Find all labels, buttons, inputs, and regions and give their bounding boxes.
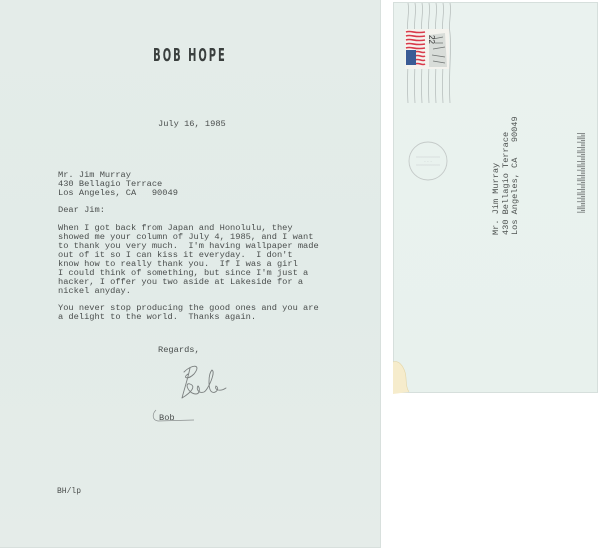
envelope-address-line-2: 430 Bellagio Terrace <box>501 132 511 235</box>
typed-name: Bob <box>159 414 175 423</box>
envelope-tear <box>393 358 413 394</box>
envelope: 22 · · · Mr. Jim Murray 430 Bellagio Ter… <box>393 2 598 393</box>
salutation: Dear Jim: <box>58 206 105 215</box>
body-paragraph-1: When I got back from Japan and Honolulu,… <box>58 224 319 296</box>
stamp-denomination: 22 <box>427 35 436 44</box>
name-flourish <box>150 408 200 424</box>
postal-barcode <box>577 133 587 215</box>
svg-text:· · ·: · · · <box>424 159 432 165</box>
letterhead: BOB HOPE <box>0 45 380 66</box>
envelope-address-line-3: Los Angeles, CA 90049 <box>510 116 520 235</box>
postmark: · · · <box>406 139 451 184</box>
reference-initials: BH/lp <box>57 487 81 496</box>
envelope-address-line-1: Mr. Jim Murray <box>491 163 501 235</box>
letter-page: BOB HOPE July 16, 1985 Mr. Jim Murray 43… <box>0 0 381 548</box>
letter-date: July 16, 1985 <box>158 120 226 129</box>
flag-stamp: 22 <box>405 29 449 69</box>
closing: Regards, <box>158 346 200 355</box>
recipient-address: Mr. Jim Murray 430 Bellagio Terrace Los … <box>58 171 178 198</box>
envelope-address: Mr. Jim Murray 430 Bellagio Terrace Los … <box>492 116 521 235</box>
recipient-city: Los Angeles, CA 90049 <box>58 188 178 198</box>
handwritten-signature <box>172 358 232 403</box>
body-paragraph-2: You never stop producing the good ones a… <box>58 304 319 322</box>
